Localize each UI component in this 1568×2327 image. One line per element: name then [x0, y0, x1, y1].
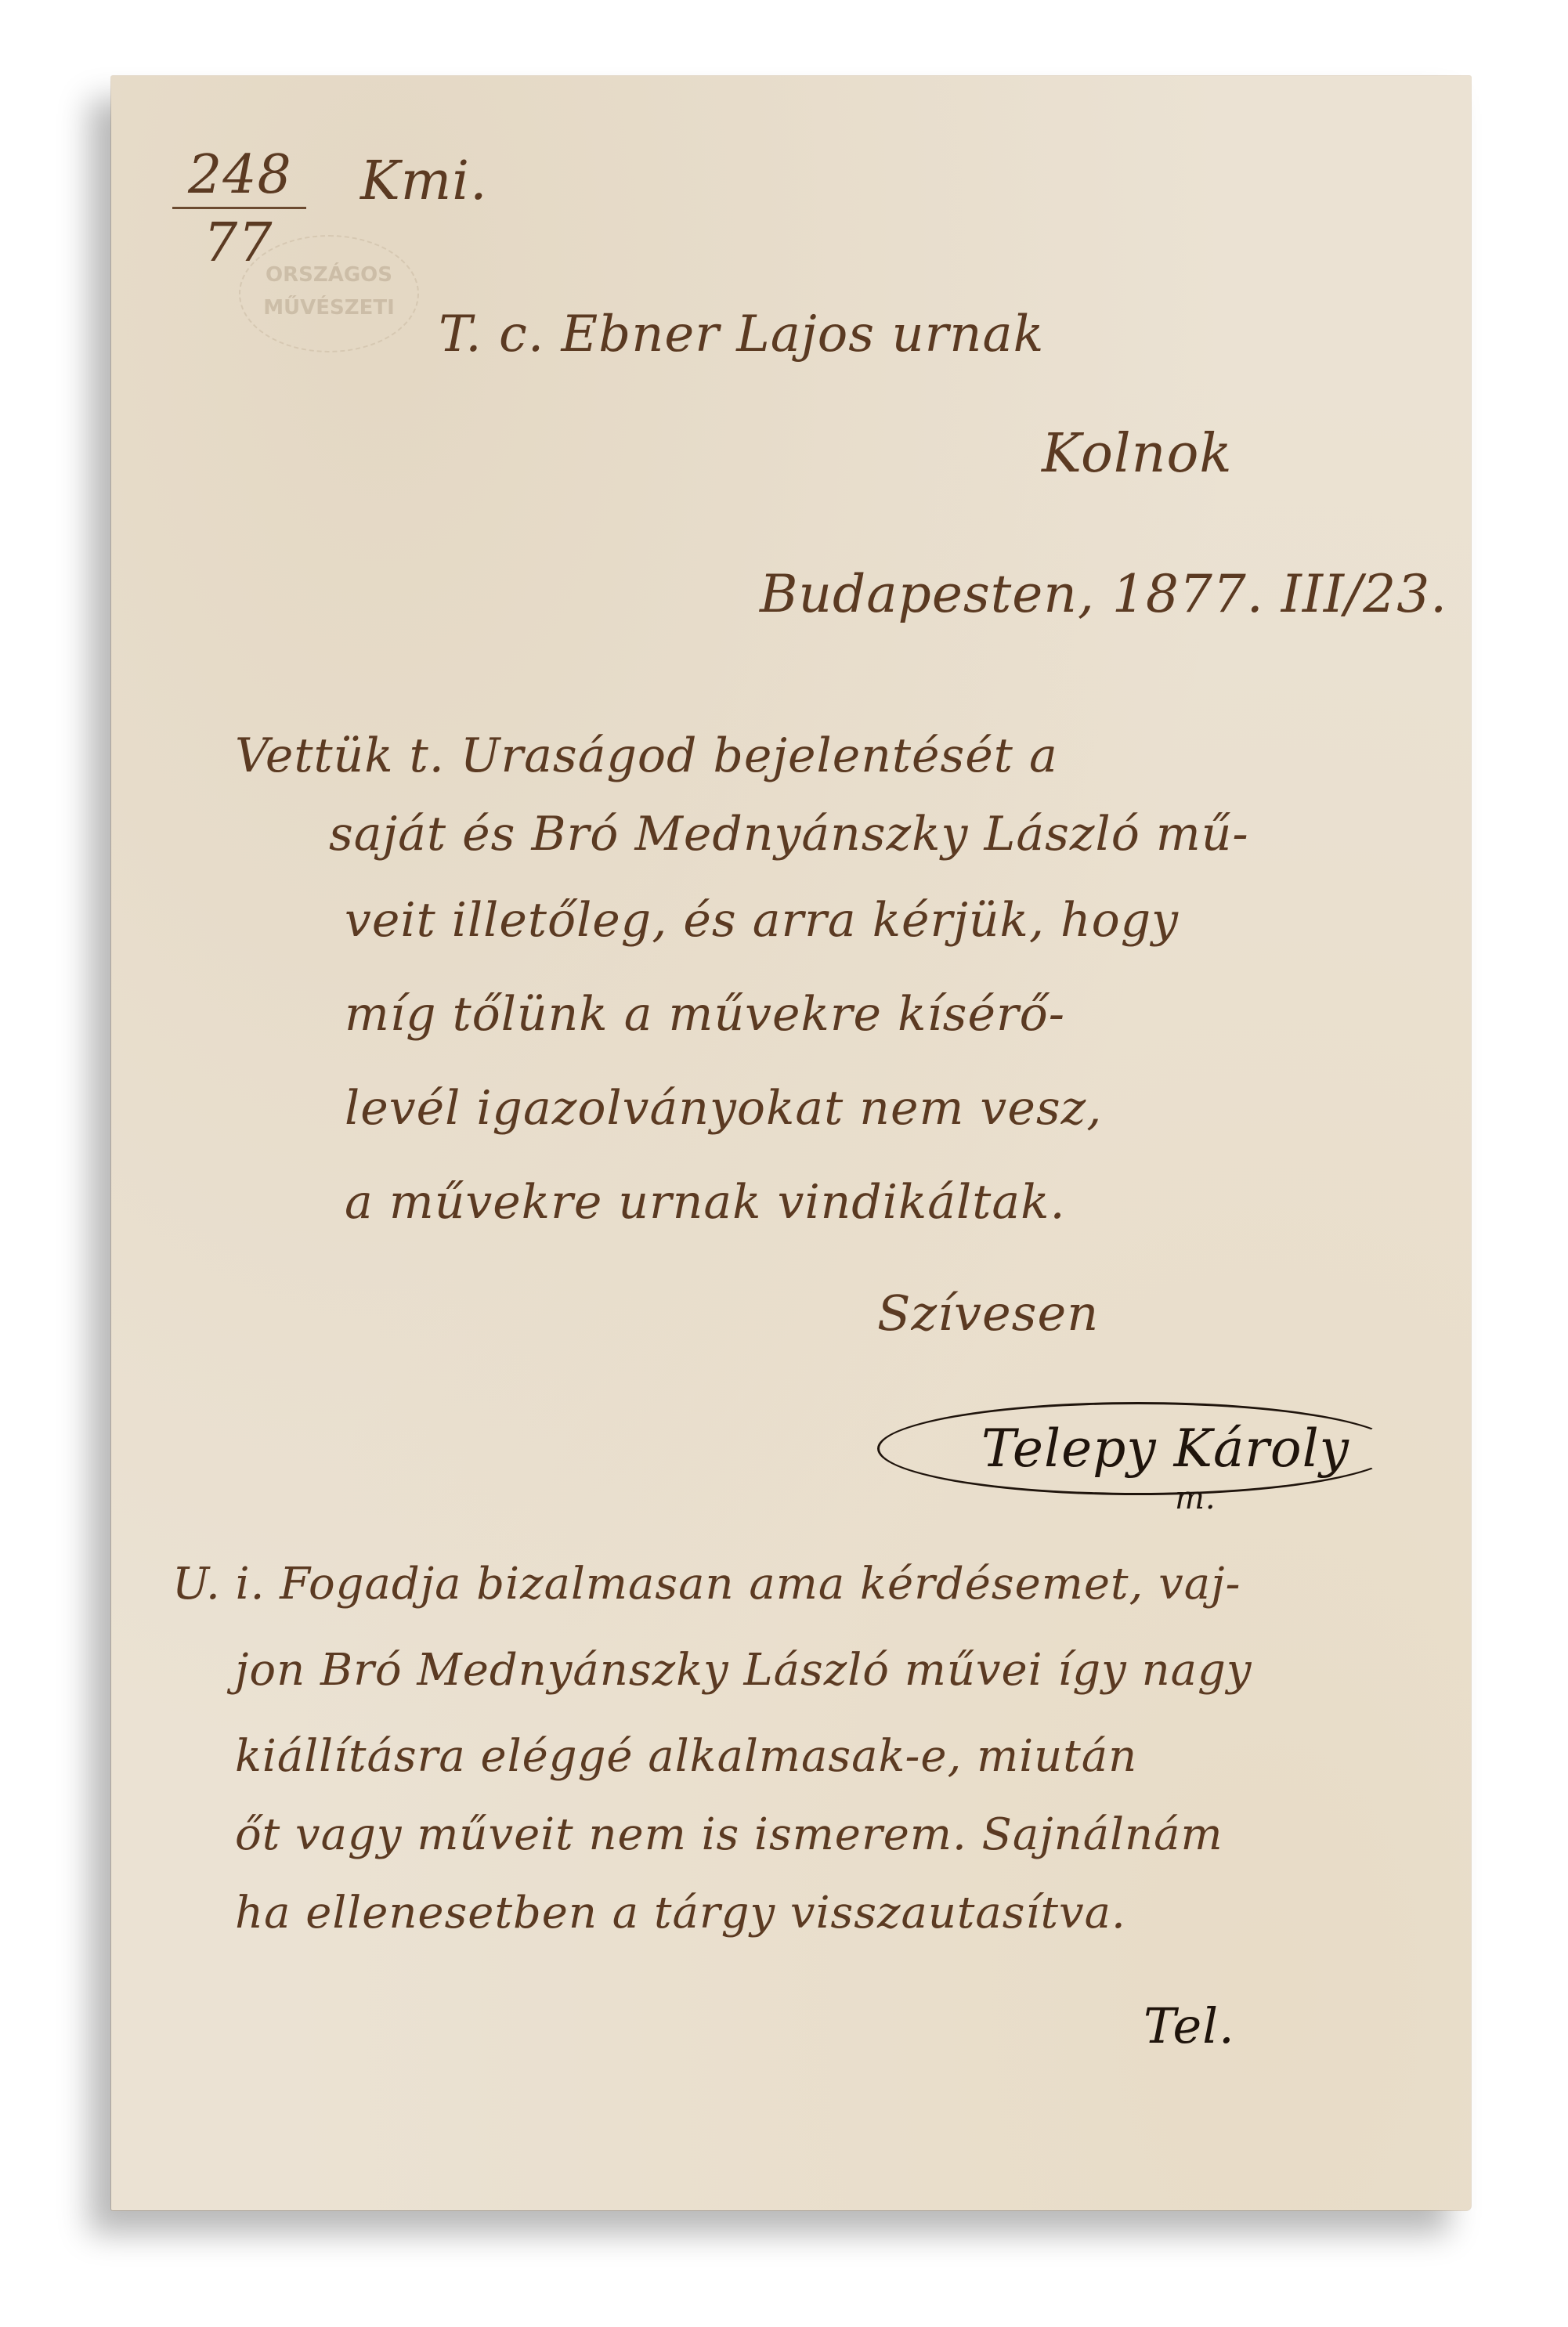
body-line: veit illetőleg, és arra kérjük, hogy [345, 893, 1179, 948]
postscript-line: jon Bró Mednyánszky László művei így nag… [235, 1645, 1252, 1696]
reference-abbreviation: Kmi. [360, 155, 488, 208]
postscript-line: őt vagy műveit nem is ismerem. Sajnálnám [235, 1809, 1223, 1860]
body-line: levél igazolványokat nem vesz, [345, 1081, 1102, 1136]
postscript-line: U. i. Fogadja bizalmasan ama kérdésemet,… [172, 1559, 1241, 1610]
date-line: Budapesten, 1877. III/23. [760, 564, 1447, 624]
addressee-title: Kolnok [1042, 423, 1233, 485]
signature: Telepy Károly [877, 1402, 1399, 1495]
reference-numerator: 248 [172, 149, 306, 209]
reference-fraction: 248 77 [172, 149, 306, 270]
body-line: míg tőlünk a művekre kísérő- [345, 987, 1065, 1042]
addressee: T. c. Ebner Lajos urnak [439, 305, 1044, 363]
signature-suffix: m. [1175, 1480, 1216, 1516]
stamp-line: MŰVÉSZETI [240, 291, 417, 324]
body-line: saját és Bró Mednyánszky László mű- [329, 807, 1249, 862]
reference-denominator: 77 [172, 209, 306, 270]
body-line: Vettük t. Uraságod bejelentését a [235, 728, 1058, 783]
closing-salutation: Szívesen [877, 1285, 1099, 1342]
body-line: a művekre urnak vindikáltak. [345, 1175, 1066, 1230]
postscript-line: kiállításra eléggé alkalmasak-e, miután [235, 1731, 1137, 1782]
postscript-initials: Tel. [1143, 1997, 1235, 2054]
reference-number: 248 77 Kmi. [172, 149, 306, 270]
postscript-line: ha ellenesetben a tárgy visszautasítva. [235, 1888, 1126, 1939]
